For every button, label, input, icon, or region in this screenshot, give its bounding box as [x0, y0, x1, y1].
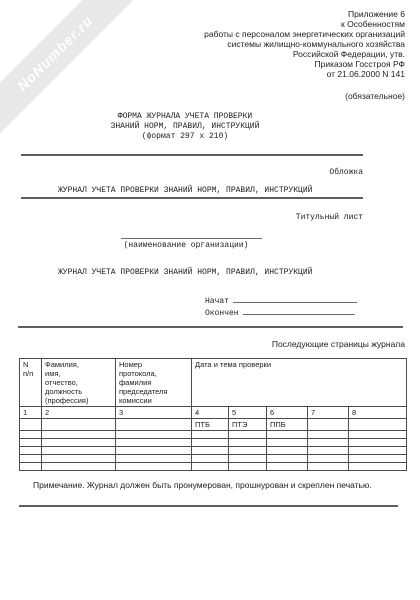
- table-row: [20, 463, 407, 471]
- organization-name-blank: [121, 238, 262, 239]
- subheader-pte: ПТЭ: [229, 419, 267, 431]
- col-header-num: N п/п: [20, 359, 42, 407]
- started-date-blank: [233, 295, 357, 303]
- cover-section-label: Обложка: [329, 168, 363, 177]
- col-number: 4: [192, 407, 229, 419]
- subheader-ptb: ПТБ: [192, 419, 229, 431]
- table-row: [20, 455, 407, 463]
- empty-cell: [116, 419, 192, 431]
- empty-cell: [42, 419, 116, 431]
- appendix-line: системы жилищно-коммунального хозяйства: [204, 39, 405, 49]
- finished-row: Окончен: [205, 307, 357, 319]
- table-row: [20, 439, 407, 447]
- col-number: 6: [267, 407, 308, 419]
- col-header-name: Фамилия, имя, отчество, должность (профе…: [42, 359, 116, 407]
- table-numbers-row: 1 2 3 4 5 6 7 8: [20, 407, 407, 419]
- col-number: 3: [116, 407, 192, 419]
- started-row: Начат: [205, 295, 357, 307]
- appendix-line: Приказом Госстроя РФ: [204, 59, 405, 69]
- finished-label: Окончен: [205, 309, 239, 318]
- footnote: Примечание. Журнал должен быть пронумеро…: [33, 480, 372, 490]
- appendix-line: к Особенностям: [204, 19, 405, 29]
- appendix-line: от 21.06.2000 N 141: [204, 69, 405, 79]
- journal-dates-block: Начат Окончен: [205, 295, 357, 319]
- journal-table: N п/п Фамилия, имя, отчество, должность …: [19, 358, 407, 471]
- col-number: 5: [229, 407, 267, 419]
- watermark-text: NoNumber.ru: [14, 12, 96, 94]
- appendix-line: работы с персоналом энергетических орган…: [204, 29, 405, 39]
- divider-line: [18, 326, 403, 328]
- subheader-ppb: ППБ: [267, 419, 308, 431]
- col-number: 8: [349, 407, 407, 419]
- table-row: [20, 447, 407, 455]
- empty-cell: [20, 419, 42, 431]
- appendix-line: Российской Федерации, утв.: [204, 49, 405, 59]
- col-number: 2: [42, 407, 116, 419]
- form-title-line: (формат 297 х 210): [40, 132, 330, 142]
- appendix-header-block: Приложение 6 к Особенностям работы с пер…: [204, 9, 405, 101]
- title-page-label: Титульный лист: [296, 213, 363, 222]
- form-title-line: ЗНАНИЙ НОРМ, ПРАВИЛ, ИНСТРУКЦИЙ: [40, 122, 330, 132]
- form-title: ФОРМА ЖУРНАЛА УЧЕТА ПРОВЕРКИ ЗНАНИЙ НОРМ…: [40, 112, 330, 142]
- empty-cell: [349, 419, 407, 431]
- table-header-row: N п/п Фамилия, имя, отчество, должность …: [20, 359, 407, 407]
- col-header-protocol: Номер протокола, фамилия председателя ко…: [116, 359, 192, 407]
- table-subheader-row: ПТБ ПТЭ ППБ: [20, 419, 407, 431]
- divider-line: [21, 197, 363, 199]
- document-page: NoNumber.ru Приложение 6 к Особенностям …: [0, 0, 420, 600]
- started-label: Начат: [205, 297, 229, 306]
- divider-line: [19, 505, 398, 507]
- form-title-line: ФОРМА ЖУРНАЛА УЧЕТА ПРОВЕРКИ: [40, 112, 330, 122]
- col-header-date-topic: Дата и тема проверки: [192, 359, 407, 407]
- appendix-line: Приложение 6: [204, 9, 405, 19]
- col-number: 7: [308, 407, 349, 419]
- finished-date-blank: [243, 307, 355, 315]
- organization-caption: (наименование организации): [96, 241, 276, 250]
- table-row: [20, 431, 407, 439]
- empty-cell: [308, 419, 349, 431]
- mandatory-note: (обязательное): [204, 91, 405, 101]
- col-number: 1: [20, 407, 42, 419]
- following-pages-label: Последующие страницы журнала: [272, 339, 405, 349]
- cover-journal-title: ЖУРНАЛ УЧЕТА ПРОВЕРКИ ЗНАНИЙ НОРМ, ПРАВИ…: [58, 186, 312, 195]
- divider-line: [21, 154, 363, 156]
- title-page-journal-title: ЖУРНАЛ УЧЕТА ПРОВЕРКИ ЗНАНИЙ НОРМ, ПРАВИ…: [58, 268, 312, 277]
